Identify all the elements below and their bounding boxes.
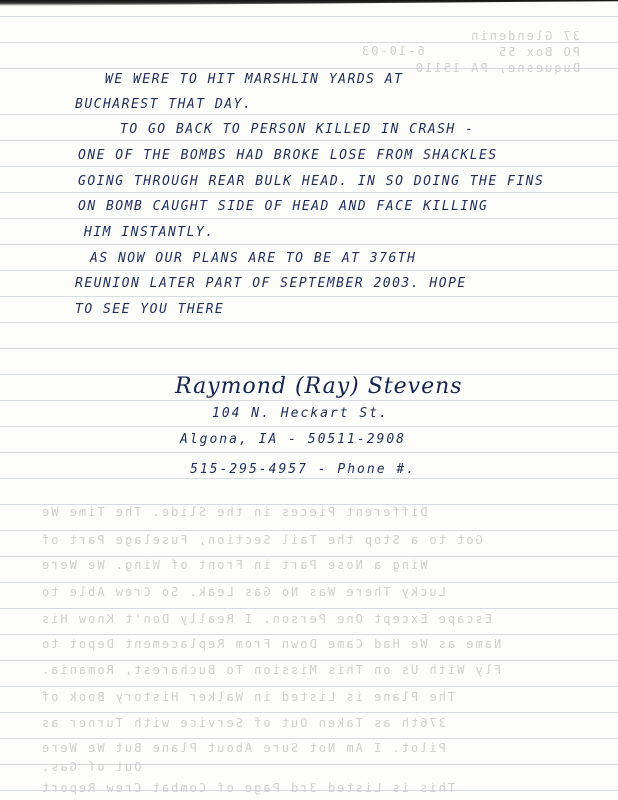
- letter-line: going through rear bulk head. In so doin…: [78, 174, 544, 189]
- letter-line: him instantly.: [84, 225, 215, 240]
- show-through-line: Lucky There Was No Gas Leak. So Crew Abl…: [40, 585, 560, 599]
- show-through-line: Pilot. I Am Not Sure About Plane But We …: [40, 741, 560, 755]
- show-through-line: Different Pieces in the Slide. The Time …: [40, 505, 560, 519]
- show-through-line: Got to a Stop the Tail Section, Fuselage…: [40, 533, 560, 547]
- letter-line: We were to hit marshlin yards at: [105, 72, 403, 87]
- show-through-line: 376th as Taken Out of Service with Turne…: [40, 716, 560, 730]
- address-city: Algona, IA - 50511-2908: [180, 432, 406, 447]
- address-phone: 515-295-4957 - Phone #.: [190, 462, 416, 477]
- show-through-line: The Plane is Listed in Walker History Bo…: [40, 690, 560, 704]
- letter-line: To go back to person killed in crash -: [120, 122, 474, 137]
- show-through-line: Escape Except One Person. I Really Don't…: [40, 612, 560, 626]
- show-through-line: Wing a Nose Part in Front of Wing. We We…: [40, 558, 560, 572]
- ruled-paper: [0, 0, 618, 800]
- letter-line: Reunion later part of September 2003. Ho…: [75, 276, 467, 291]
- address-street: 104 N. Heckart St.: [212, 406, 389, 421]
- show-through-address: 37 Glendenin PO Box 55 Duquesne, PA 1511…: [420, 28, 580, 76]
- letter-line: As now our plans are to be at 376th: [90, 251, 416, 266]
- show-through-date: 6-10-03: [360, 44, 425, 58]
- letter-line: to see you there: [75, 302, 224, 317]
- letter-line: One of the bombs had broke lose from sha…: [78, 148, 498, 163]
- show-through-line: This is Listed 3rd Page of Combat Crew R…: [40, 781, 560, 795]
- show-through-line: Fly With Us on This Mission To Bucharest…: [40, 663, 560, 677]
- letter-line: Bucharest that day.: [75, 97, 252, 112]
- letter-line: on bomb caught side of head and face kil…: [78, 199, 488, 214]
- show-through-line: Name as We Had Came Down From Replacemen…: [40, 637, 560, 651]
- signature: Raymond (Ray) Stevens: [175, 374, 463, 399]
- show-through-line: Out of Gas.: [40, 760, 560, 774]
